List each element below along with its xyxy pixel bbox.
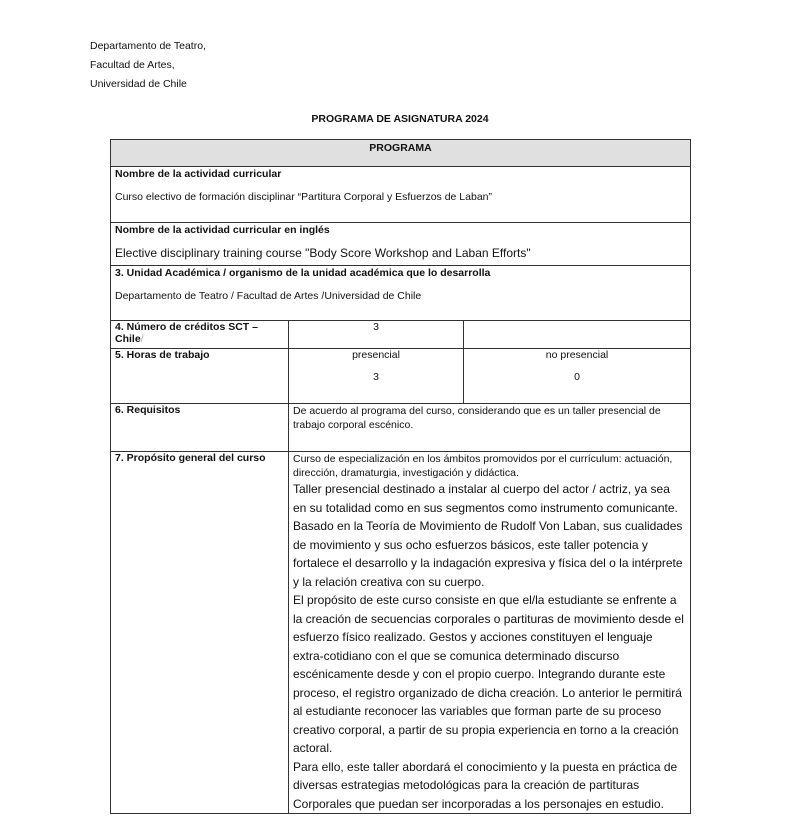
- table-heading: PROGRAMA: [111, 140, 691, 167]
- activity-name-english-label: Nombre de la actividad curricular en ing…: [115, 223, 686, 236]
- address-line-university: Universidad de Chile: [90, 75, 206, 94]
- table-header-row: PROGRAMA: [111, 140, 691, 167]
- purpose-intro: Curso de especialización en los ámbitos …: [293, 452, 686, 480]
- table-row-requirements: 6. Requisitos De acuerdo al programa del…: [111, 404, 691, 452]
- requirements-value: De acuerdo al programa del curso, consid…: [289, 404, 691, 452]
- table-row-purpose: 7. Propósito general del curso Curso de …: [111, 452, 691, 814]
- hours-no-presencial-label: no presencial: [468, 349, 686, 361]
- academic-unit-label: 3. Unidad Académica / organismo de la un…: [115, 266, 686, 279]
- table-row-work-hours: 5. Horas de trabajo presencial 3 no pres…: [111, 349, 691, 404]
- table-row-activity-name-english: Nombre de la actividad curricular en ing…: [111, 223, 691, 266]
- purpose-paragraph: El propósito de este curso consiste en q…: [293, 591, 686, 758]
- table-row-academic-unit: 3. Unidad Académica / organismo de la un…: [111, 266, 691, 321]
- purpose-paragraph: Para ello, este taller abordará el conoc…: [293, 758, 686, 814]
- purpose-paragraph: Basado en la Teoría de Movimiento de Rud…: [293, 517, 686, 591]
- work-hours-label: 5. Horas de trabajo: [115, 349, 210, 361]
- purpose-paragraph: Taller presencial destinado a instalar a…: [293, 480, 686, 517]
- document-title: PROGRAMA DE ASIGNATURA 2024: [0, 113, 800, 125]
- activity-name-value: Curso electivo de formación disciplinar …: [115, 191, 686, 203]
- hours-no-presencial-value: 0: [468, 371, 686, 383]
- academic-unit-value: Departamento de Teatro / Facultad de Art…: [115, 290, 686, 302]
- hours-presencial-value: 3: [293, 371, 459, 383]
- sender-address: Departamento de Teatro, Facultad de Arte…: [90, 37, 206, 94]
- credits-extra-cell: [464, 321, 691, 349]
- activity-name-label: Nombre de la actividad curricular: [115, 167, 686, 180]
- address-line-department: Departamento de Teatro,: [90, 37, 206, 56]
- credits-label: 4. Número de créditos SCT – Chile: [115, 321, 258, 345]
- table-row-activity-name: Nombre de la actividad curricular Curso …: [111, 167, 691, 223]
- purpose-content: Curso de especialización en los ámbitos …: [289, 452, 691, 814]
- table-row-credits: 4. Número de créditos SCT – Chile/ 3: [111, 321, 691, 349]
- program-table: PROGRAMA Nombre de la actividad curricul…: [110, 139, 691, 814]
- requirements-label: 6. Requisitos: [115, 404, 180, 416]
- hours-presencial-cell: presencial 3: [289, 349, 464, 404]
- credits-value: 3: [289, 321, 464, 349]
- purpose-label: 7. Propósito general del curso: [115, 452, 266, 464]
- hours-presencial-label: presencial: [293, 349, 459, 361]
- credits-label-trailing-mark: /: [141, 333, 144, 345]
- hours-no-presencial-cell: no presencial 0: [464, 349, 691, 404]
- address-line-faculty: Facultad de Artes,: [90, 56, 206, 75]
- activity-name-english-value: Elective disciplinary training course "B…: [115, 246, 686, 260]
